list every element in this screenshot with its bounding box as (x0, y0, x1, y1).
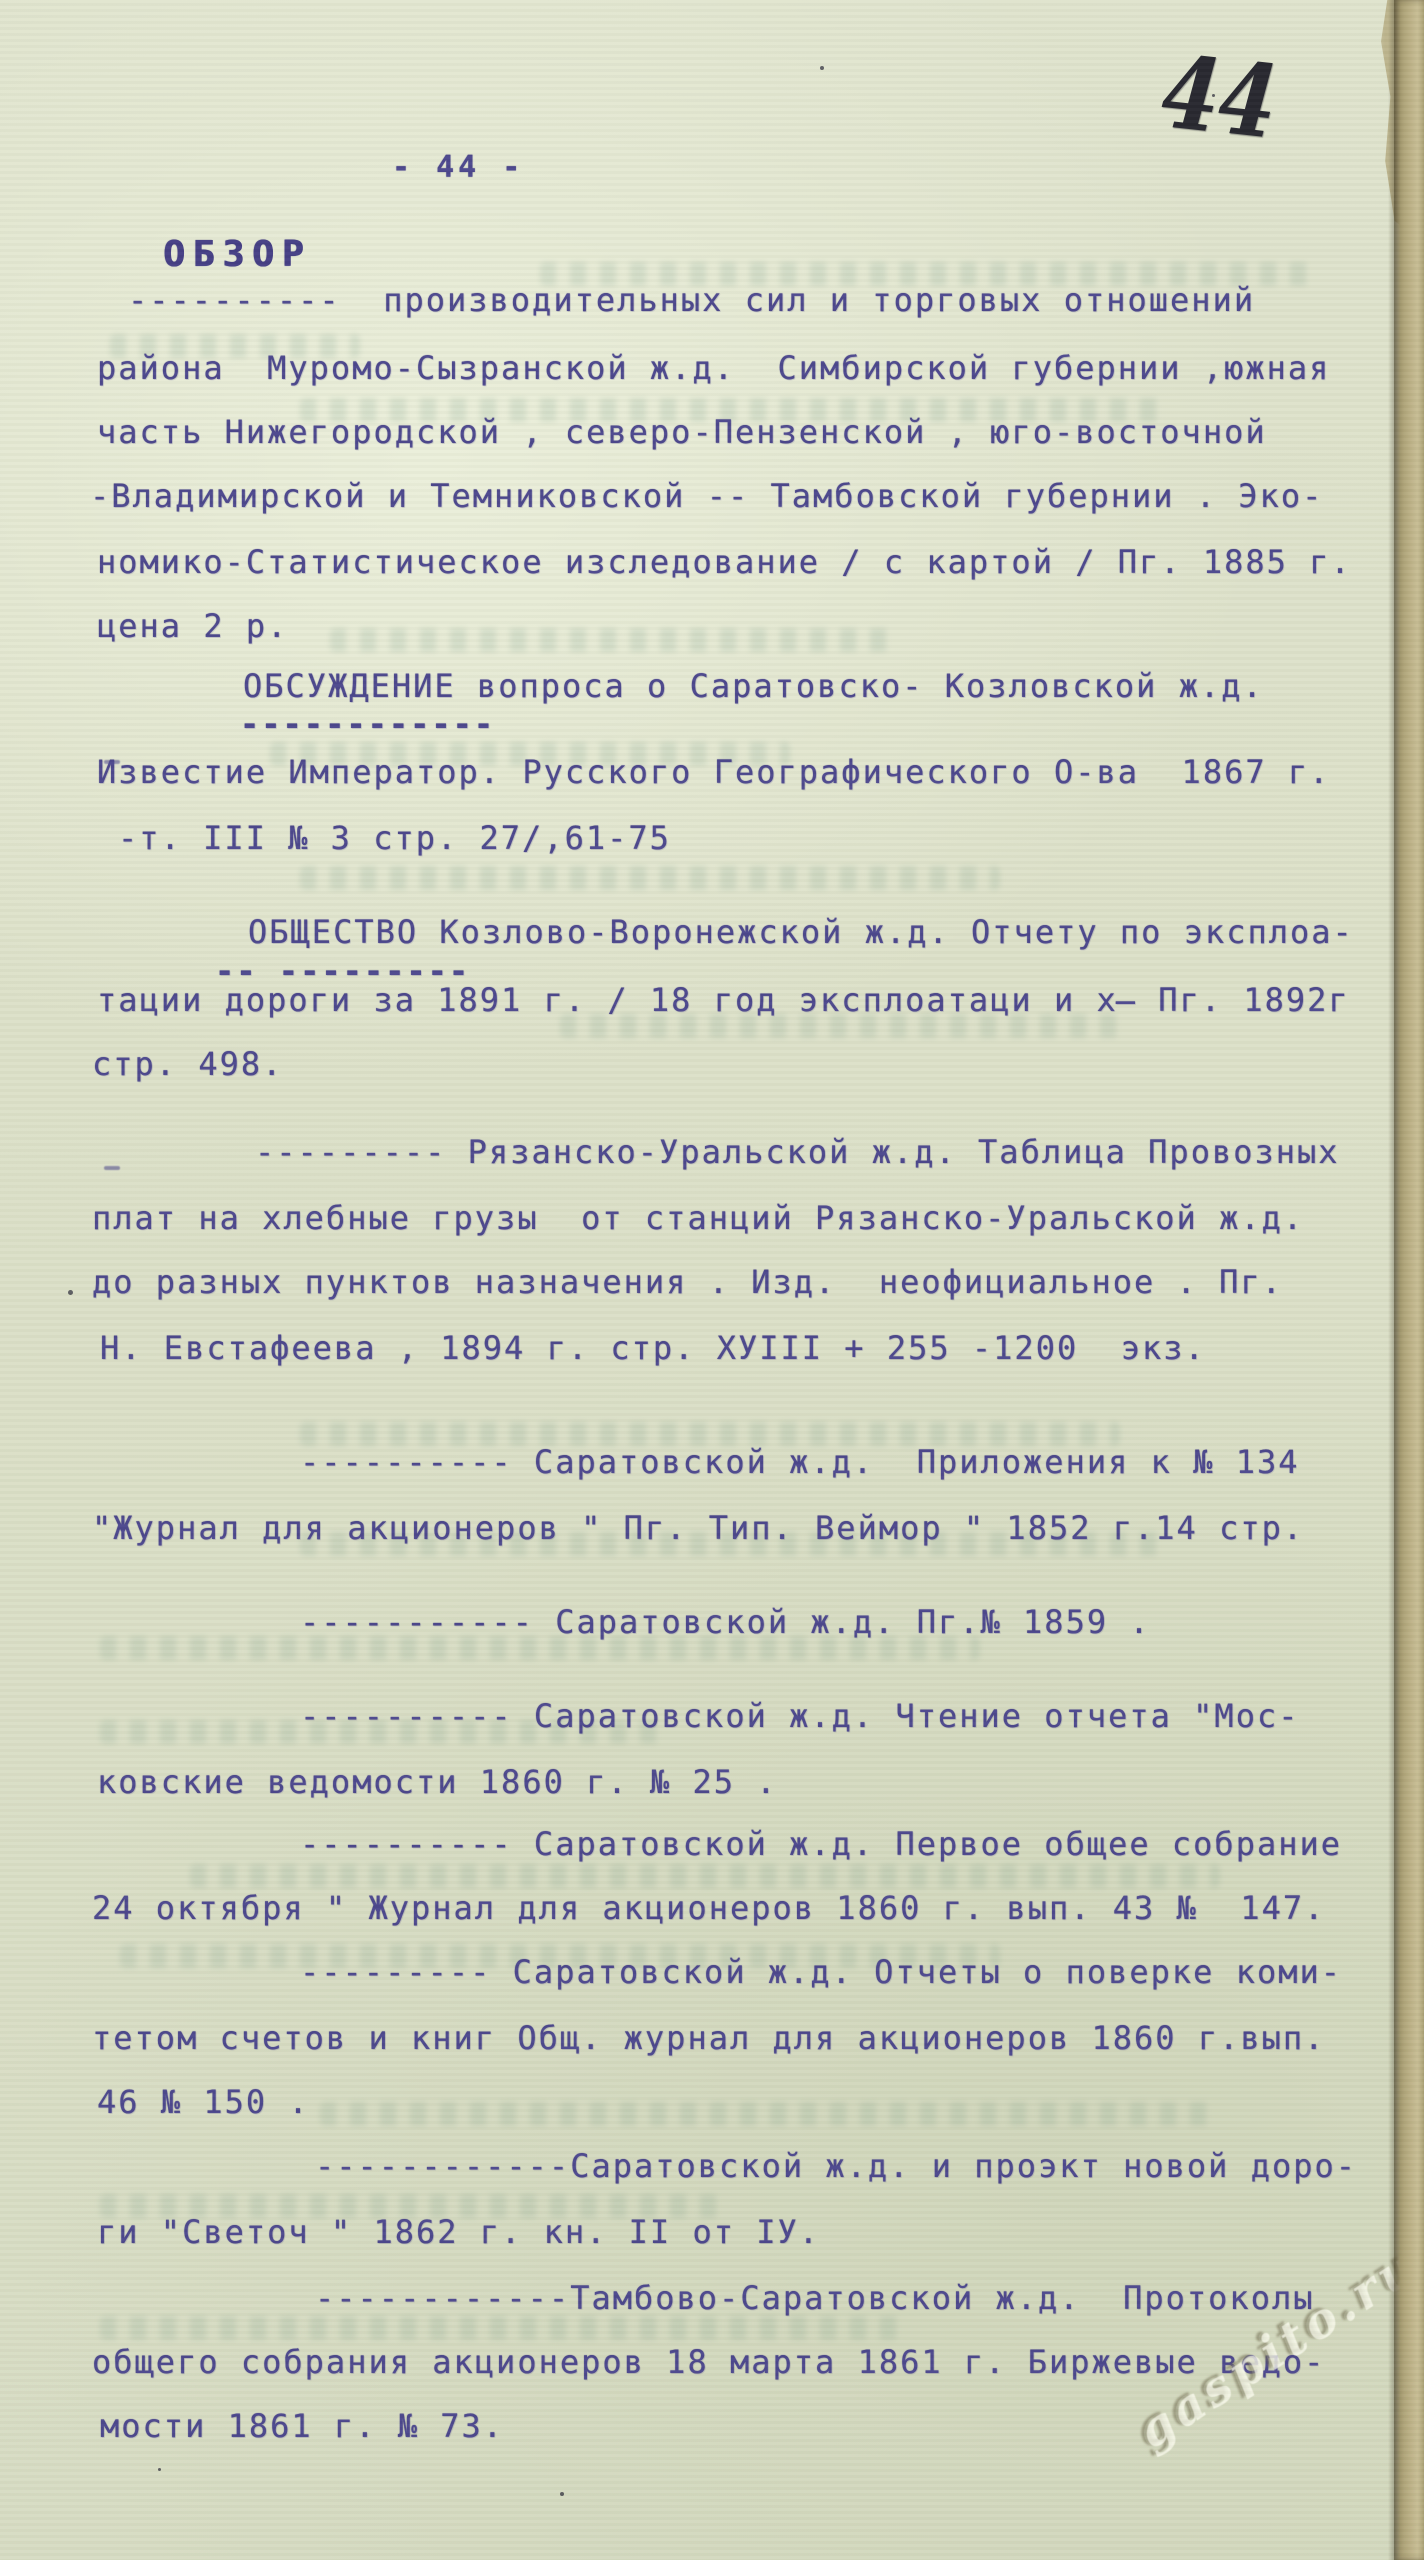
typed-line: 46 № 150 . (97, 2086, 310, 2118)
paper-speck (560, 2492, 564, 2496)
typed-line: часть Нижегородской , северо-Пензенской … (97, 416, 1267, 448)
typed-line: ----------- Саратовской ж.д. Пг.№ 1859 . (300, 1606, 1151, 1638)
typed-line: "Журнал для акционеров " Пг. Тип. Веймор… (92, 1512, 1304, 1544)
ghost-bleed-through (300, 866, 1000, 890)
typed-line: мости 1861 г. № 73. (100, 2410, 504, 2442)
typed-line: стр. 498. (92, 1048, 283, 1080)
heading-underline-dashes: ------------ (240, 708, 495, 740)
ghost-bleed-through (100, 2316, 900, 2340)
typed-line: ОБСУЖДЕНИЕ вопроса о Саратовско- Козловс… (243, 670, 1264, 702)
typed-line: цена 2 р. (97, 610, 288, 642)
typed-line: --------- Рязанско-Уральской ж.д. Таблиц… (255, 1136, 1340, 1168)
document-heading: ОБЗОР (163, 234, 311, 275)
typed-line: -т. III № 3 стр. 27/,61-75 (118, 822, 671, 854)
page-right-edge (1394, 0, 1424, 2560)
typed-line: ---------- производительных сил и торгов… (128, 284, 1255, 316)
typed-line: тации дороги за 1891 г. / 18 год эксплоа… (97, 984, 1350, 1016)
paper-speck (158, 2468, 161, 2471)
scanned-document-page: 44 - 44 - ОБЗОР ---------- производитель… (0, 0, 1424, 2560)
typed-line: ---------- Саратовской ж.д. Приложения к… (300, 1446, 1299, 1478)
typed-line: общего собрания акционеров 18 марта 1861… (92, 2346, 1325, 2378)
paper-speck (820, 66, 824, 70)
typed-line: тетом счетов и книг Общ. журнал для акци… (92, 2022, 1325, 2054)
typed-line: ------------Тамбово-Саратовской ж.д. Про… (315, 2282, 1314, 2314)
stray-dash-mark (104, 1166, 120, 1170)
typed-line: ---------- Саратовской ж.д. Первое общее… (300, 1828, 1342, 1860)
typed-page-number: - 44 - (392, 150, 524, 185)
typed-line: района Муромо-Сызранской ж.д. Симбирской… (97, 352, 1330, 384)
typed-line: -Владимирской и Темниковской -- Тамбовск… (90, 480, 1323, 512)
ghost-bleed-through (320, 2102, 1220, 2126)
typed-line: ---------- Саратовской ж.д. Чтение отчет… (300, 1700, 1299, 1732)
typed-line: номико-Статистическое изследование / с к… (97, 546, 1352, 578)
paper-speck (68, 1290, 73, 1295)
ghost-bleed-through (190, 1864, 1220, 1888)
typed-line: Н. Евстафеева , 1894 г. стр. ХУIII + 255… (100, 1332, 1206, 1364)
typed-line: Известие Император. Русского Географичес… (97, 756, 1330, 788)
typed-line: ОБЩЕСТВО Козлово-Воронежской ж.д. Отчету… (248, 916, 1354, 948)
typed-line: до разных пунктов назначения . Изд. неоф… (92, 1266, 1283, 1298)
typed-line: ковские ведомости 1860 г. № 25 . (97, 1766, 778, 1798)
typed-line: плат на хлебные грузы от станций Рязанск… (92, 1202, 1304, 1234)
ghost-bleed-through (330, 628, 890, 652)
typed-line: ------------Саратовской ж.д. и проэкт но… (315, 2150, 1357, 2182)
typed-line: 24 октября " Журнал для акционеров 1860 … (92, 1892, 1325, 1924)
typed-line: ги "Светоч " 1862 г. кн. II от IУ. (97, 2216, 820, 2248)
typed-line: --------- Саратовской ж.д. Отчеты о пове… (300, 1956, 1342, 1988)
handwritten-page-number: 44 (1157, 32, 1283, 161)
